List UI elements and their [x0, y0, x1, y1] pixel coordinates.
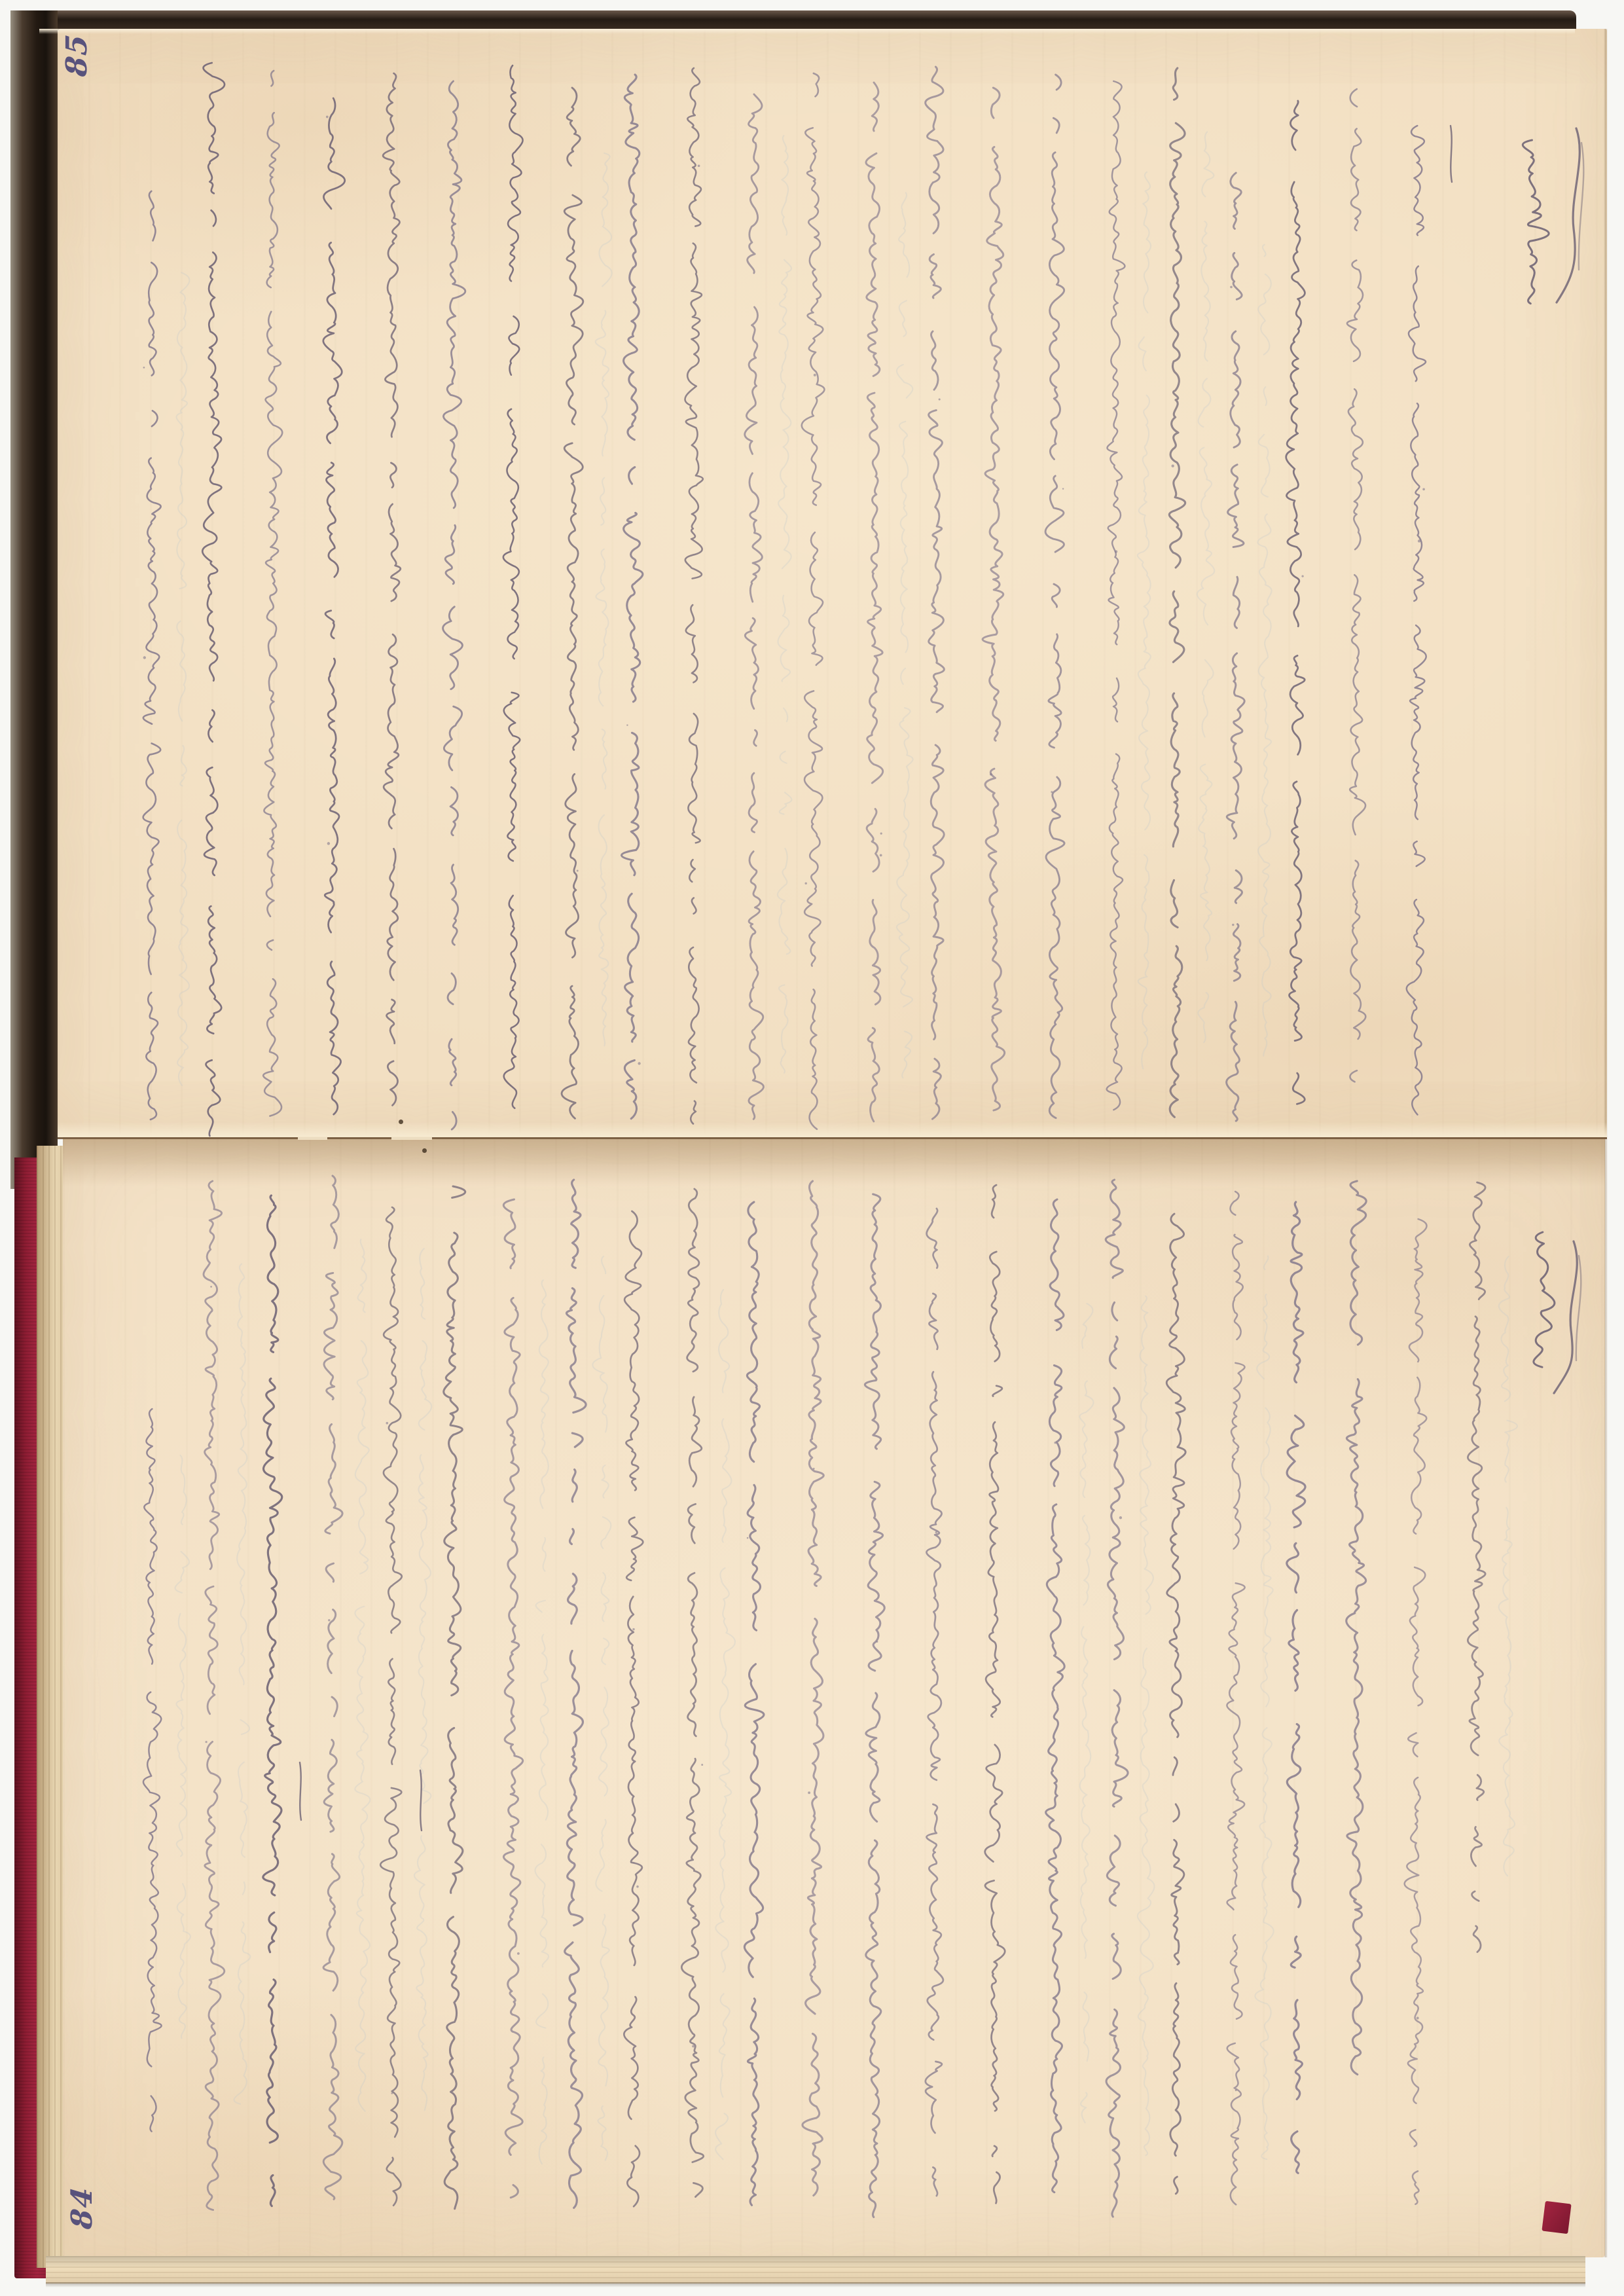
- page-stack-edge-bottom: [46, 2256, 1585, 2284]
- fold-stitch-hole: [399, 1120, 403, 1124]
- red-cover-corner-bottom-right: [1542, 2201, 1571, 2234]
- page-top-edge-highlight: [39, 29, 1575, 34]
- page-number-84: 84: [64, 2178, 101, 2237]
- page-number-85: 85: [59, 26, 96, 84]
- fold-stitch-hole: [422, 1148, 427, 1153]
- scanned-book-photo: 85 84: [0, 0, 1624, 2296]
- book-cover-edge-top: [14, 10, 1576, 30]
- fold-shadow: [63, 1139, 1605, 1186]
- page-84: [63, 1137, 1605, 2257]
- page-stack-bottom-shadow: [46, 2282, 1585, 2287]
- page-85: [58, 29, 1607, 1137]
- fold-highlight: [58, 1122, 1607, 1137]
- fold-stitch-gap: [298, 1137, 327, 1140]
- book-cover-edge-left: [10, 10, 58, 1189]
- fold-stitch-gap: [391, 1137, 432, 1140]
